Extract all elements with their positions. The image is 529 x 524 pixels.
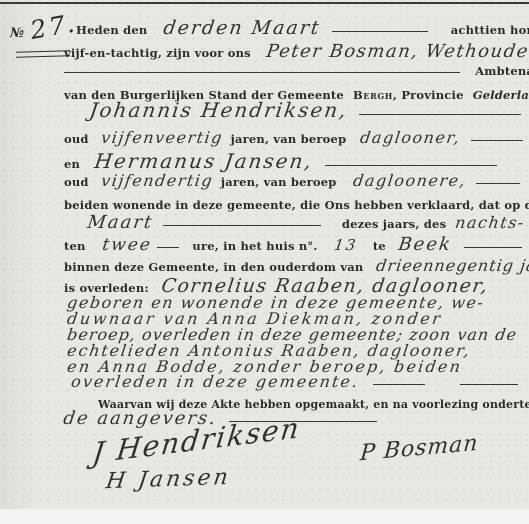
line-declarant-1: Johannis Hendriksen, [88, 98, 521, 122]
line-month: Maart dezes jaars, des nachts- [86, 212, 524, 233]
fill-rule [460, 381, 518, 385]
handwritten-text: overleden in deze gemeente. [70, 372, 360, 391]
line-declarant-1-details: oud vijfenveertig jaren, van beroep dagl… [64, 128, 523, 147]
line-hour-house: ten twee ure, in het huis n°. 13 te Beek [64, 234, 522, 255]
handwritten-place-of-death: Beek [397, 234, 453, 255]
printed-text: Ambtenaar [475, 64, 529, 78]
printed-text: ten [64, 239, 86, 253]
printed-text: vijf-en-tachtig, zijn voor ons [64, 46, 251, 60]
handwritten-month: Maart [86, 212, 155, 233]
handwritten-age-of-death: drieennegentig jaren [375, 256, 529, 275]
signature-jansen: H Jansen [104, 465, 232, 494]
printed-text: ure, in het huis n°. [192, 239, 317, 253]
printed-text: Heden den [76, 23, 147, 37]
line-officiant: vijf-en-tachtig, zijn voor ons Peter Bos… [64, 41, 529, 62]
fill-rule [64, 69, 460, 73]
fill-rule [157, 244, 179, 248]
printed-text: beiden wonende in deze gemeente, die Ons… [64, 198, 529, 212]
fill-rule [163, 222, 321, 226]
death-certificate-scan: № 27. Heden den derden Maart achttien ho… [0, 0, 529, 524]
handwritten-declarant-2-name: Hermanus Jansen, [93, 149, 315, 173]
line-declarant-2-details: oud vijfendertig jaren, van beroep daglo… [64, 171, 520, 190]
line-declaration: beiden wonende in deze gemeente, die Ons… [64, 194, 529, 213]
handwritten-hour: twee [101, 235, 153, 255]
fill-rule [332, 28, 428, 32]
handwritten-occupation: dagloonere, [352, 171, 468, 190]
printed-text: dezes jaars, des [342, 217, 446, 231]
record-number-value: 27. [30, 7, 79, 45]
fill-rule [373, 381, 425, 385]
fill-rule [359, 111, 521, 115]
line-ambtenaar: Ambtenaar [64, 60, 529, 79]
line-date-intro: Heden den derden Maart achttien honderd [76, 17, 529, 39]
printed-text: achttien honderd [451, 23, 529, 37]
handwritten-age: vijfendertig [100, 171, 215, 190]
handwritten-occupation: daglooner, [359, 128, 462, 147]
scan-edge-bottom [0, 509, 529, 524]
handwritten-date: derden Maart [162, 17, 322, 39]
record-number-label: № [10, 26, 24, 41]
fill-rule [325, 162, 497, 166]
fill-rule [476, 180, 520, 184]
signature-bosman: P Bosman [359, 431, 479, 467]
printed-text: jaren, van beroep [221, 175, 337, 189]
printed-text: oud [64, 175, 89, 189]
fill-rule [464, 244, 522, 248]
printed-text: te [373, 239, 386, 253]
line-declarant-2: en Hermanus Jansen, [64, 149, 497, 173]
printed-text: jaren, van beroep [231, 132, 347, 146]
handwritten-officiant-name: Peter Bosman, Wethouder — [265, 41, 529, 62]
line-age-of-death: binnen deze Gemeente, in den ouderdom va… [64, 256, 529, 275]
handwritten-age: vijfenveertig [100, 128, 224, 147]
printed-text: en [64, 157, 80, 171]
handwritten-time-of-day: nachts- [454, 213, 526, 232]
scan-edge-top [0, 2, 529, 4]
handwritten-declarant-1-name: Johannis Hendriksen, [88, 98, 349, 122]
record-number-underline [16, 50, 70, 57]
printed-text: binnen deze Gemeente, in den ouderdom va… [64, 260, 363, 274]
fill-rule [471, 137, 523, 141]
printed-text: oud [64, 132, 89, 146]
line-handwritten-block: overleden in deze gemeente. [70, 372, 518, 391]
handwritten-house-number: 13 [333, 236, 359, 254]
